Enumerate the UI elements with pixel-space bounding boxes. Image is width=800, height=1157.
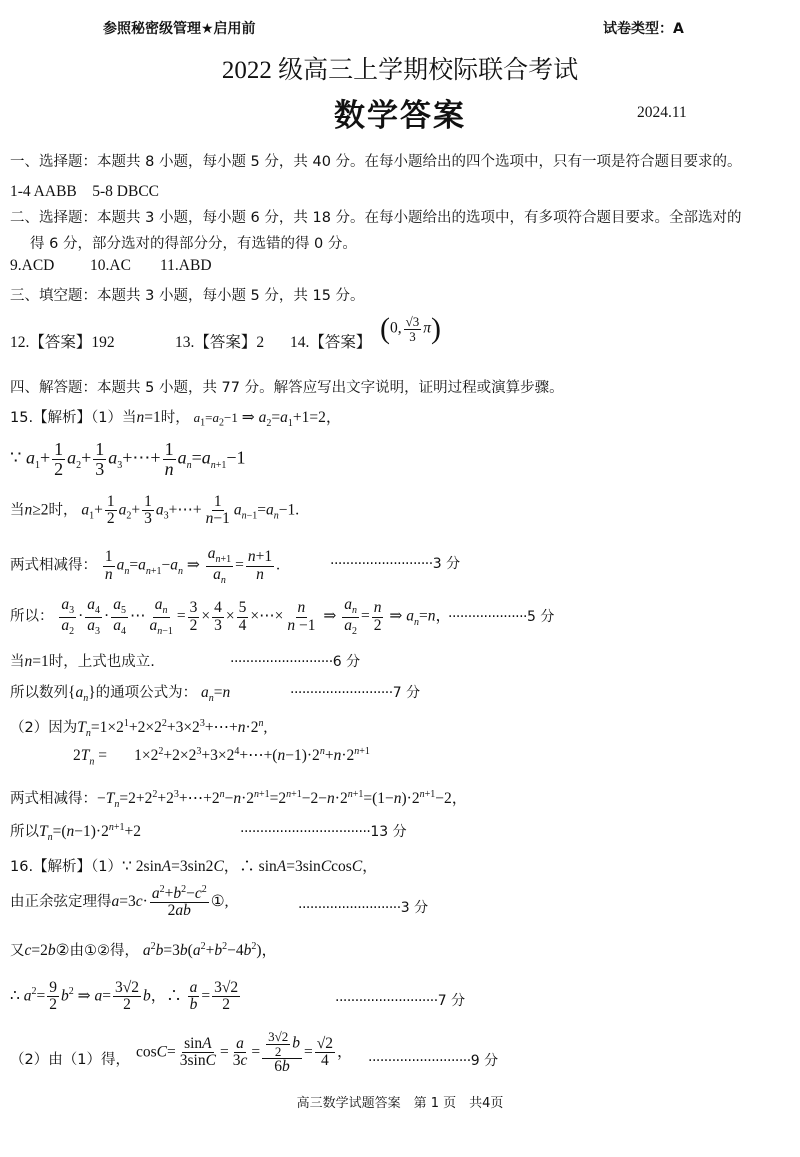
q16-cosC: cosC=sinA3sinC=a3c=3√22b6b=√24，	[136, 1030, 353, 1076]
exam-date: 2024.11	[637, 104, 687, 122]
section4-heading: 四、解答题：本题共 5 小题，共 77 分。解答应写出文字说明，证明过程或演算步…	[10, 376, 564, 397]
answer-12: 12.【答案】192	[10, 330, 115, 352]
q16-also: 又c=2b②由①②得， a2b=3b(a2+b2−4b2)，	[10, 938, 277, 960]
q15-given-equation: ∵ a1+12a2+13a3+⋯+1nan=an+1−1	[10, 440, 246, 479]
q15-general-term: 所以数列{an}的通项公式为： an=n	[10, 681, 230, 704]
q15-part2-tn: （2）因为Tn=1×21+2×22+3×23+⋯+n·2n,	[10, 716, 267, 739]
q15-product: 所以： a3a2·a4a3·a5a4⋯anan−1=32×43×54×⋯×nn …	[10, 597, 451, 637]
q15-n-ge-2: 当n≥2时， a1+12a2+13a3+⋯+1n−1an−1=an−1.	[10, 494, 299, 528]
section3-heading: 三、填空题：本题共 3 小题，每小题 5 分，共 15 分。	[10, 284, 365, 305]
q15-part2-result: 所以Tn=(n−1)·2n+1+2	[10, 820, 141, 843]
q16-score-3: ··························3 分	[298, 897, 428, 917]
q16-score-7: ··························7 分	[335, 990, 465, 1010]
q15-score-7: ··························7 分	[290, 682, 420, 702]
q16-part2-label: （2）由（1）得，	[10, 1048, 130, 1069]
answer-9: 9.ACD	[10, 257, 54, 275]
page-footer: 高三数学试题答案 第 1 页 共4页	[0, 1092, 800, 1111]
exam-title: 2022 级高三上学期校际联合考试	[0, 50, 800, 86]
answer-14-label: 14.【答案】	[290, 330, 371, 352]
q16-law: 由正余弦定理得a=3c·a2+b2−c22ab①,	[10, 885, 228, 920]
answer-11: 11.ABD	[160, 257, 212, 275]
q15-score-13: ·································13 分	[240, 821, 407, 841]
q16-ratio: ∴ a2=92b2 ⇒ a=3√22b，∴ ab=3√22	[10, 980, 242, 1014]
confidential-label: 参照秘密级管理★启用前	[103, 18, 256, 38]
q15-subtract: 两式相减得： 1nan=an+1−an ⇒ an+1an=n+1n.	[10, 546, 280, 586]
q15-part2-subtract: 两式相减得：−Tn=2+22+23+⋯+2n−n·2n+1=2n+1−2−n·2…	[10, 786, 467, 810]
section1-heading: 一、选择题：本题共 8 小题，每小题 5 分，共 40 分。在每小题给出的四个选…	[10, 150, 742, 171]
q16-score-9: ··························9 分	[368, 1050, 498, 1070]
q16-line1: 16.【解析】（1）∵ 2sinA=3sin2C，∴ sinA=3sinCcos…	[10, 854, 378, 876]
q15-score-6: ··························6 分	[230, 651, 360, 671]
section2-heading: 二、选择题：本题共 3 小题，每小题 6 分，共 18 分。在每小题给出的选项中…	[10, 206, 742, 227]
q15-score-5: ····················5 分	[448, 606, 554, 626]
paper-type-label: 试卷类型：A	[603, 18, 684, 38]
q15-score-3: ··························3 分	[330, 553, 460, 573]
section1-answers: 1-4 AABB 5-8 DBCC	[10, 179, 159, 201]
answer-14-math: (0,√33π)	[380, 312, 441, 346]
section2-heading-cont: 得 6 分，部分选对的得部分分，有选错的得 0 分。	[30, 232, 357, 253]
answer-13: 13.【答案】2	[175, 330, 264, 352]
q15-line1: 15.【解析】（1）当n=1时， a1=a2−1 ⇒ a2=a1+1=2，	[10, 405, 341, 429]
q15-check-n1: 当n=1时，上式也成立.	[10, 650, 155, 671]
answer-10: 10.AC	[90, 257, 131, 275]
q15-part2-2tn: 2Tn = 1×22+2×23+3×24+⋯+(n−1)·2n+n·2n+1	[73, 746, 370, 767]
